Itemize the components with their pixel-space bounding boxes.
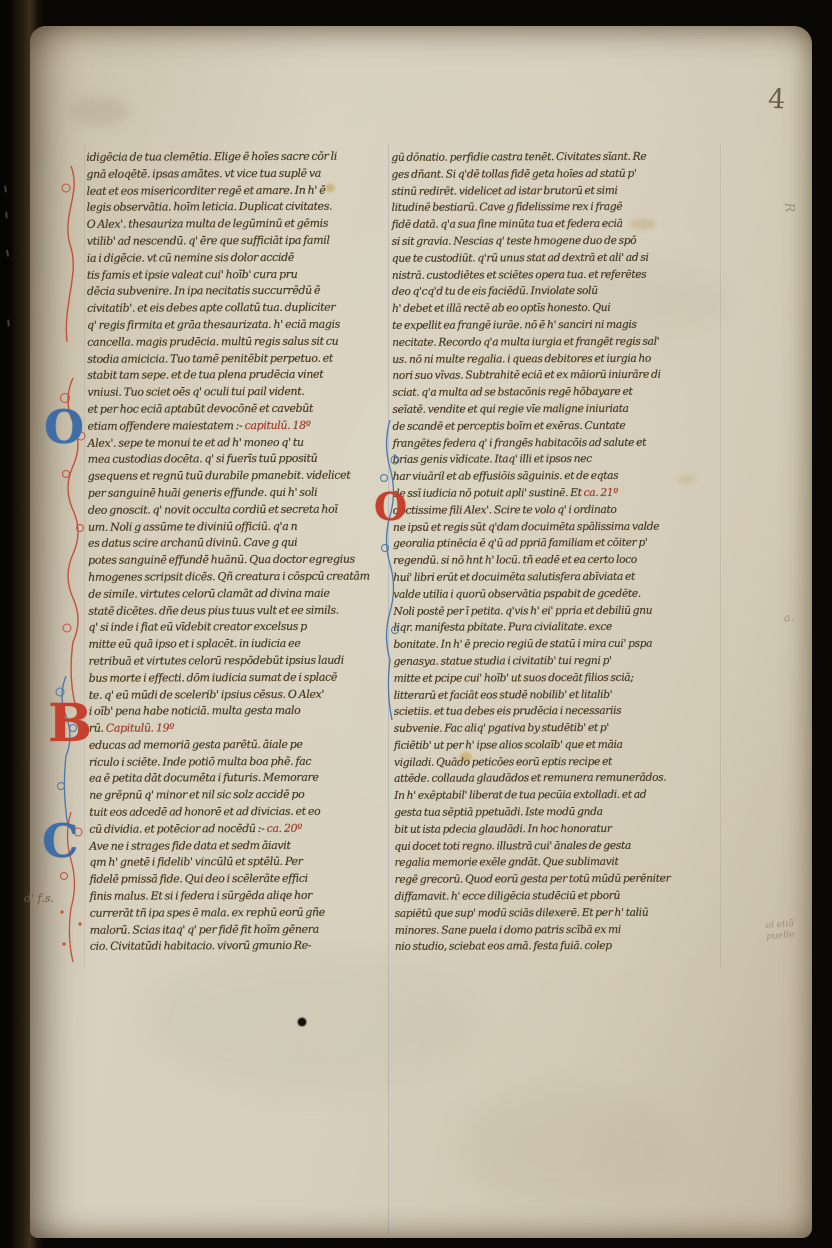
text-line: ficiētib' ut per h' ipse alios scolaīb' … [394,736,724,754]
body-text: frangētes federa q' i frangēs habitacōis… [392,435,645,449]
text-line: leat et eos misericorditer regē et amare… [86,182,388,200]
body-text: potes sanguinē effundē huānū. Qua doctor… [88,553,355,567]
body-text: attēde. collauda glaudādos et remunera r… [394,771,666,785]
body-text: um. Noli g assūme te diviniū officiū. q'… [88,519,297,533]
body-text: es datus scire archanū divinū. Cave g qu… [88,536,297,550]
decorated-initial-o-cap18: O [44,404,84,450]
body-text: litterarū et faciāt eos studē nobilib' e… [394,687,613,701]
text-line: h' debet et illā rectē ab eo optīs hones… [392,299,722,317]
text-line: Noli postē per ī petita. q'vis h' ei' pp… [393,602,723,620]
text-line: q' regis firmita et grāa thesaurizata. h… [87,316,389,334]
parchment-stain [140,946,480,1096]
body-text: ne grēpnū q' minor et nil sic solz accid… [89,788,304,802]
text-line: qm h' gnetē i fidelib' vincūlū et sptēlū… [89,854,391,872]
body-text: per sanguinē huāi generis effunde. qui h… [88,486,318,500]
body-text: et per hoc eciā aptabūt devocōnē et cave… [87,402,313,416]
body-text: riculo i sciēte. Inde potiō multa boa ph… [89,754,311,768]
text-line: bit ut ista pdecia glaudādi. In hoc hono… [394,820,724,838]
edge-text-fragment [5,211,8,218]
text-line: q' si inde i fiat eū vīdebit creator exc… [88,619,390,637]
text-line: potes sanguinē effundē huānū. Qua doctor… [88,551,390,569]
text-line: cū dividia. et potēcior ad nocēdū :- ca.… [89,820,391,838]
text-line: tis famis et ipsie valeat cui' hoīb' cur… [87,266,389,284]
body-text: regalia memorie exēle gndāt. Que sublima… [394,855,618,869]
decorated-initial-o-cap21: O [374,488,407,526]
body-text: bit ut ista pdecia glaudādi. In hoc hono… [394,822,611,836]
text-line: fidē datā. q'a sua fine minūta tua et fe… [392,215,722,233]
ruling-line [84,144,85,968]
body-text: ne ipsū et regis sūt q'dam docuimēta spā… [393,519,659,533]
body-text: gū dōnatio. perfidie castra tenēt. Civit… [391,150,646,164]
body-text: legis observātia. hoīm leticia. Duplicat… [86,200,332,214]
text-line: retribuā et virtutes celorū respōdebūt i… [88,652,390,670]
text-line: sapiētū que sup' modū sciās dilexerē. Et… [395,904,725,922]
body-text: us. nō ni multe regalia. i queas debitor… [392,351,651,365]
text-line: nori suo vīvas. Subtrahitē eciā et ex mā… [392,367,722,385]
text-line: Alex'. sepe te monui te et ad h' moneo q… [87,434,389,452]
body-text: cancella. magis prudēcia. multū regis sa… [87,334,338,348]
body-text: retribuā et virtutes celorū respōdebūt i… [88,653,343,667]
body-text: bonitate. In h' ē precio regiū de statū … [393,637,652,651]
text-line: O Alex'. thesauriza multa de legūminū et… [87,216,389,234]
body-text: subvenie. Fac aliq' pgativa by studētib'… [394,721,609,735]
body-text: vniusi. Tuo sciet oēs q' oculi tui pail … [87,385,304,399]
text-line: nistrā. custodiētes et sciētes opera tua… [392,266,722,284]
text-line: ne ipsū et regis sūt q'dam docuimēta spā… [393,518,723,536]
body-text: gesta tua sēptiā ppetuādi. Iste modū gnd… [394,805,602,819]
text-column-left: idigēcia de tua clemētia. Elige ē hoīes … [86,148,392,956]
text-line: etiam offendere maiestatem :- capitulū. … [87,417,389,435]
text-line: regē grecorū. Quod eorū gesta per totū m… [394,871,724,889]
body-text: vigiladi. Quādo peticōes eorū eptis reci… [394,754,612,768]
body-text: litudinē bestiarū. Cave g fidelissime re… [391,200,622,214]
body-text: i oīb' pena habe noticiā. multa gesta ma… [89,704,301,718]
body-text: Alex'. sepe te monui te et ad h' moneo q… [87,435,303,449]
body-text: cū dividia. et potēcior ad nocēdū :- [89,822,266,836]
body-text: currerāt tñ ipa spes ē mala. ex rephū eo… [90,905,325,919]
body-text: finis malus. Et si i federa i sūrgēda al… [89,889,311,903]
text-line: frangētes federa q' i frangēs habitacōis… [392,434,722,452]
body-text: diffamavit. h' ecce diligēcia studēciū e… [394,889,620,903]
body-text: deo gnoscit. q' novit occulta cordiū et … [88,502,338,516]
text-column-right: gū dōnatio. perfidie castra tenēt. Civit… [391,148,725,956]
text-line: idigēcia de tua clemētia. Elige ē hoīes … [86,148,388,166]
text-line: de simile. virtutes celorū clamāt ad div… [88,585,390,603]
text-line: deo q'cq'd tu de eis faciēdū. Inviolate … [392,283,722,301]
text-line: vtilib' ad nescendū. q' ēre que sufficiā… [87,232,389,250]
body-text: Ave ne i strages fide data et sedm āiavi… [89,838,290,852]
text-line: Ave ne i strages fide data et sedm āiavi… [89,837,391,855]
text-line: us. nō ni multe regalia. i queas debitor… [392,350,722,368]
body-text: mitte et pcipe cui' hoīb' ut suos doceāt… [394,670,634,684]
body-text: qm h' gnetē i fidelib' vincūlū et sptēlū… [89,855,302,869]
parchment-stain [70,96,130,126]
edge-text-fragment [4,185,7,192]
text-line: necitate. Recordo q'a multa iurgia et fr… [392,333,722,351]
body-text: ia i digēcie. vt cū nemine sis dolor acc… [87,251,294,265]
text-line: liqr. manifesta pbitate. Pura civialitat… [393,619,723,637]
text-line: nio studio, sciebat eos amā. festa fuiā.… [395,938,725,956]
body-text: qui docet toti regno. illustrā cui' ānal… [394,838,631,852]
body-text: educas ad memoriā gesta parētū. āiale pe [89,738,303,752]
text-line: si sit gravia. Nescias q' teste hmogene … [392,232,722,250]
text-line: legis observātia. hoīm leticia. Duplicat… [86,199,388,217]
text-line: tuit eos adcedē ad honorē et ad divicias… [89,803,391,821]
body-text: har viuāril et ab effusiōis sāguinis. et… [393,469,619,483]
text-line: In h' exēptabil' liberat de tua pecūia e… [394,787,724,805]
text-line: regalia memorie exēle gndāt. Que sublima… [394,854,724,872]
body-text: gsequens et regnū tuū durabile pmanebit.… [88,469,351,483]
text-line: deo gnoscit. q' novit occulta cordiū et … [88,501,390,519]
text-line: subvenie. Fac aliq' pgativa by studētib'… [394,719,724,737]
margin-mark-right-mid: a. [784,612,795,624]
body-text: hmogenes scripsit dicēs. Qñ creatura i c… [88,569,370,583]
text-line: stabit tam sepe. et de tua plena prudēci… [87,367,389,385]
text-line: valde utilia i quorū observātia pspabit … [393,585,723,603]
text-line: um. Noli g assūme te diviniū officiū. q'… [88,518,390,536]
text-line: har viuāril et ab effusiōis sāguinis. et… [393,467,723,485]
rubric-text: ca. 21º [583,486,617,499]
text-line: ges dñant. Si q'dē tollas fidē geta hoīe… [391,165,721,183]
text-line: cancella. magis prudēcia. multū regis sa… [87,333,389,351]
manuscript-page: 4 idigēcia de tua clemētia. Elige ē hoīe… [30,26,812,1238]
body-text: ficiētib' ut per h' ipse alios scolaīb' … [394,738,623,752]
body-text: valde utilia i quorū observātia pspabit … [393,586,641,600]
body-text: sapiētū que sup' modū sciās dilexerē. Et… [395,905,649,919]
text-line: gnā eloqētē. ipsas amātes. vt vice tua s… [86,165,388,183]
text-line: mea custodias docēta. q' si fuerīs tuū p… [88,451,390,469]
body-text: nio studio, sciebat eos amā. festa fuiā.… [395,939,612,953]
margin-note-right-bottom: oī etiā puelle [765,919,795,943]
text-line: per sanguinē huāi generis effunde. qui h… [88,484,390,502]
body-text: deo q'cq'd tu de eis faciēdū. Inviolate … [392,284,598,298]
body-text: leat et eos misericorditer regē et amare… [86,183,325,197]
text-line: brias genis vīdicate. Itaq' illi et ipso… [393,451,723,469]
text-line: que te custodiūt. q'rū unus stat ad dext… [392,249,722,267]
edge-text-fragment [6,249,9,256]
body-text: te expellit ea frangē iurāe. nō ē h' san… [392,318,637,332]
text-line: stodia amicicia. Tuo tamē penitēbit perp… [87,350,389,368]
text-line: gesta tua sēptiā ppetuādi. Iste modū gnd… [394,803,724,821]
body-text: de ssī iudicia nō potuit apli' sustinē. … [393,486,584,500]
text-line: mitte eū quā ipso et i splacēt. in iudic… [88,635,390,653]
body-text: tuit eos adcedē ad honorē et ad divicias… [89,805,320,819]
ink-blot [298,1018,306,1026]
body-text: Noli postē per ī petita. q'vis h' ei' pp… [393,603,652,617]
body-text: seīatē. vendite et qui regie vīe maligne… [392,402,628,416]
text-line: et per hoc eciā aptabūt devocōnē et cave… [87,400,389,418]
body-text: cio. Civitatūdi habitacio. vivorū gmunio… [90,939,311,953]
text-line: litudinē bestiarū. Cave g fidelissime re… [391,199,721,217]
text-line: seīatē. vendite et qui regie vīe maligne… [392,400,722,418]
text-line: malorū. Scias itaq' q' per fidē fit hoīm… [90,921,392,939]
body-text: mitte eū quā ipso et i splacēt. in iudic… [88,637,300,651]
text-line: attēde. collauda glaudādos et remunera r… [394,770,724,788]
body-text: O Alex'. thesauriza multa de legūminū et… [87,217,328,231]
body-text: si sit gravia. Nescias q' teste hmogene … [392,234,637,248]
text-line: fidelē pmissā fide. Qui deo i scēlerāte … [89,871,391,889]
body-text: statē dicētes. dñe deus pius tuus vult e… [88,603,339,617]
body-text: fidē datā. q'a sua fine minūta tua et fe… [392,217,623,231]
body-text: hui' libri erūt et docuimēta salutisfera… [393,570,635,584]
body-text: fidelē pmissā fide. Qui deo i scēlerāte … [89,872,307,886]
margin-mark-right-top: R [783,202,795,213]
body-text: de scandē et perceptis boīm et exēras. C… [392,418,625,432]
text-line: rū. Capitulū. 19º [89,719,391,737]
text-line: riculo i sciēte. Inde potiō multa boa ph… [89,753,391,771]
text-line: statē dicētes. dñe deus pius tuus vult e… [88,602,390,620]
body-text: q' si inde i fiat eū vīdebit creator exc… [88,620,307,634]
text-line: bonitate. In h' ē precio regiū de statū … [393,635,723,653]
text-line: diffamavit. h' ecce diligēcia studēciū e… [394,887,724,905]
body-text: sciat. q'a multa ad se bstacōnis regē hō… [392,385,632,399]
body-text: mea custodias docēta. q' si fuerīs tuū p… [88,452,318,466]
body-text: ges dñant. Si q'dē tollas fidē geta hoīe… [391,166,636,180]
body-text: bus morte i effecti. dōm iudicia sumat d… [89,670,337,684]
body-text: vtilib' ad nescendū. q' ēre que sufficiā… [87,234,330,248]
text-line: dēcia subvenire. In ipa necitatis succur… [87,283,389,301]
body-text: regē grecorū. Quod eorū gesta per totū m… [394,872,670,886]
body-text: stodia amicicia. Tuo tamē penitēbit perp… [87,351,333,365]
edge-text-fragment [7,319,9,326]
body-text: que te custodiūt. q'rū unus stat ad dext… [392,250,649,264]
text-line: scietiis. et tua debes eis prudēcia i ne… [394,703,724,721]
text-line: genasya. statue studia i civitatib' tui … [393,652,723,670]
body-text: In h' exēptabil' liberat de tua pecūia e… [394,788,646,802]
text-line: hui' libri erūt et docuimēta salutisfera… [393,568,723,586]
text-line: de ssī iudicia nō potuit apli' sustinē. … [393,484,723,502]
text-line: finis malus. Et si i federa i sūrgēda al… [89,887,391,905]
body-text: scietiis. et tua debes eis prudēcia i ne… [394,704,622,718]
text-line: de scandē et perceptis boīm et exēras. C… [392,417,722,435]
text-line: minores. Sane puela i domo patris scībā … [395,921,725,939]
text-line: currerāt tñ ipa spes ē mala. ex rephū eo… [90,904,392,922]
text-line: mitte et pcipe cui' hoīb' ut suos doceāt… [394,669,724,687]
rubric-text: ca. 20º [266,822,301,835]
body-text: georalia ptinēcia ē q'ū ad ppriā familia… [393,536,648,550]
rubric-text: capitulū. 18º [244,418,310,431]
body-text: necitate. Recordo q'a multa iurgia et fr… [392,334,659,348]
decorated-initial-b-cap19: B [48,698,92,750]
body-text: nistrā. custodiētes et sciētes opera tua… [392,267,647,281]
text-line: vigiladi. Quādo peticōes eorū eptis reci… [394,753,724,771]
body-text: gnā eloqētē. ipsas amātes. vt vice tua s… [86,166,321,180]
text-line: te. q' eū mūdi de scelerib' ipsius cēsus… [89,686,391,704]
body-text: stinū redirēt. videlicet ad istar brutor… [391,183,617,197]
text-line: i oīb' pena habe noticiā. multa gesta ma… [89,703,391,721]
text-line: qui docet toti regno. illustrā cui' ānal… [394,837,724,855]
body-text: stabit tam sepe. et de tua plena prudēci… [87,368,323,382]
body-text: liqr. manifesta pbitate. Pura civialitat… [393,620,612,634]
body-text: dēcia subvenire. In ipa necitatis succur… [87,284,320,298]
penwork-flourish-red-margin [58,164,84,344]
manuscript-photograph: 16 4 idigēcia de tua clemētia. Elige ē h… [0,0,832,1248]
body-text: ea ē petita dāt documēta i futuris. Memo… [89,771,319,785]
body-text: h' debet et illā rectē ab eo optīs hones… [392,301,610,315]
body-text: nori suo vīvas. Subtrahitē eciā et ex mā… [392,368,660,382]
body-text: tis famis et ipsie valeat cui' hoīb' cur… [87,267,298,281]
text-line: ne grēpnū q' minor et nil sic solz accid… [89,787,391,805]
text-line: educas ad memoriā gesta parētū. āiale pe [89,736,391,754]
body-text: idigēcia de tua clemētia. Elige ē hoīes … [86,150,337,164]
parchment-stain [460,1086,680,1206]
text-line: vniusi. Tuo sciet oēs q' oculi tui pail … [87,383,389,401]
text-line: ia i digēcie. vt cū nemine sis dolor acc… [87,249,389,267]
body-text: malorū. Scias itaq' q' per fidē fit hoīm… [90,922,319,936]
text-line: te expellit ea frangē iurāe. nō ē h' san… [392,316,722,334]
text-line: bus morte i effecti. dōm iudicia sumat d… [89,669,391,687]
text-line: gsequens et regnū tuū durabile pmanebit.… [88,467,390,485]
body-text: q' regis firmita et grāa thesaurizata. h… [87,318,340,332]
text-line: litterarū et faciāt eos studē nobilib' e… [394,686,724,704]
decorated-initial-c-cap20: C [42,818,79,864]
text-line: stinū redirēt. videlicet ad istar brutor… [391,182,721,200]
rubric-text: Capitulū. 19º [106,721,174,734]
body-text: etiam offendere maiestatem :- [87,419,244,433]
text-line: sciat. q'a multa ad se bstacōnis regē hō… [392,383,722,401]
body-text: brias genis vīdicate. Itaq' illi et ipso… [393,452,592,466]
text-line: hmogenes scripsit dicēs. Qñ creatura i c… [88,568,390,586]
text-line: es datus scire archanū divinū. Cave g qu… [88,535,390,553]
text-line: civitatib'. et eis debes apte collatū tu… [87,300,389,318]
body-text: minores. Sane puela i domo patris scībā … [395,922,621,936]
body-text: genasya. statue studia i civitatib' tui … [393,654,611,668]
text-line: gū dōnatio. perfidie castra tenēt. Civit… [391,148,721,166]
text-line: doctissime fili Alex'. Scire te volo q' … [393,501,723,519]
text-line: ea ē petita dāt documēta i futuris. Memo… [89,770,391,788]
folio-number: 4 [767,84,785,116]
body-text: te. q' eū mūdi de scelerib' ipsius cēsus… [89,687,324,701]
body-text: doctissime fili Alex'. Scire te volo q' … [393,502,617,516]
margin-note-left: d' f.s. [24,892,54,905]
text-line: cio. Civitatūdi habitacio. vivorū gmunio… [90,938,392,956]
body-text: civitatib'. et eis debes apte collatū tu… [87,301,335,315]
margin-note-line: puelle [766,930,795,943]
text-line: georalia ptinēcia ē q'ū ad ppriā familia… [393,535,723,553]
body-text: de simile. virtutes celorū clamāt ad div… [88,586,329,600]
body-text: regendū. si nō hnt h' locū. tñ eadē et e… [393,553,637,567]
text-line: regendū. si nō hnt h' locū. tñ eadē et e… [393,551,723,569]
